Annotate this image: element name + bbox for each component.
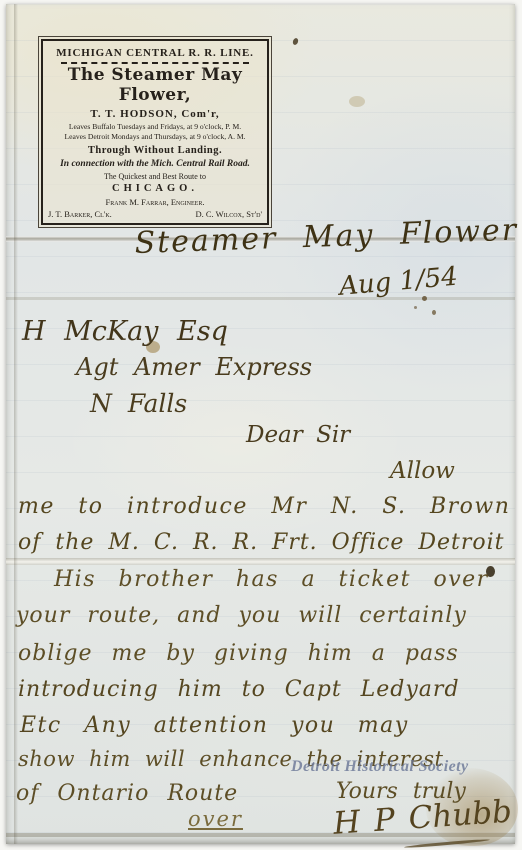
paper-stain bbox=[349, 96, 365, 107]
letterhead-officers-row: J. T. Barker, Cl'k. D. C. Wilcox, St'd' bbox=[46, 209, 264, 219]
ink-speck bbox=[422, 296, 427, 301]
letterhead-schedule-1: Leaves Buffalo Tuesdays and Fridays, at … bbox=[46, 122, 264, 132]
addressee-line: N Falls bbox=[90, 389, 187, 418]
letterhead-steward: D. C. Wilcox, St'd' bbox=[195, 209, 262, 219]
ink-speck bbox=[414, 306, 417, 309]
body-line: His brother has a ticket over bbox=[54, 567, 489, 592]
letterhead-schedule-2: Leaves Detroit Mondays and Thursdays, at… bbox=[46, 132, 264, 142]
letterhead-slogan: Through Without Landing. bbox=[46, 145, 264, 156]
signature-flourish bbox=[404, 838, 490, 848]
closing: Yours truly bbox=[336, 779, 466, 804]
letterhead-connection-note: In connection with the Mich. Central Rai… bbox=[46, 159, 264, 169]
addressee-line: Agt Amer Express bbox=[76, 353, 312, 381]
body-line: Etc Any attention you may bbox=[20, 713, 409, 738]
letterhead-commander: T. T. HODSON, Com'r, bbox=[46, 108, 264, 120]
scanned-letter: MICHIGAN CENTRAL R. R. LINE. The Steamer… bbox=[0, 0, 522, 850]
body-opening-word: Allow bbox=[390, 458, 455, 484]
paper-stain-large bbox=[426, 768, 518, 846]
fold-crease bbox=[6, 558, 515, 565]
letterhead-divider bbox=[61, 62, 248, 64]
letterhead-box: MICHIGAN CENTRAL R. R. LINE. The Steamer… bbox=[38, 36, 272, 228]
letterhead-company: MICHIGAN CENTRAL R. R. LINE. bbox=[46, 47, 264, 59]
body-line: me to introduce Mr N. S. Brown bbox=[18, 494, 510, 519]
body-line: of Ontario Route bbox=[16, 781, 238, 806]
salutation: Dear Sir bbox=[246, 422, 350, 448]
letterhead-vessel-name: The Steamer May Flower, bbox=[46, 65, 264, 105]
signature: H P Chubb bbox=[332, 794, 513, 842]
body-line: show him will enhance the interest bbox=[18, 747, 443, 771]
letterhead-inner: MICHIGAN CENTRAL R. R. LINE. The Steamer… bbox=[41, 39, 269, 225]
body-line: of the M. C. R. R. Frt. Office Detroit bbox=[18, 530, 505, 555]
body-line: oblige me by giving him a pass bbox=[18, 641, 459, 666]
letterhead-clerk: J. T. Barker, Cl'k. bbox=[48, 209, 112, 219]
letterhead-destination: CHICAGO. bbox=[46, 183, 264, 194]
body-line: introducing him to Capt Ledyard bbox=[18, 677, 460, 702]
page-turn-note: over bbox=[188, 807, 243, 831]
letterhead-route-note: The Quickest and Best Route to bbox=[46, 172, 264, 181]
fold-crease-vertical bbox=[14, 4, 18, 844]
handwritten-date-line: Aug 1/54 bbox=[338, 262, 459, 302]
letterhead-engineer: Frank M. Farrar, Engineer. bbox=[46, 197, 264, 207]
fold-crease bbox=[6, 833, 515, 837]
body-line: your route, and you will certainly bbox=[16, 603, 467, 628]
paper-stain bbox=[146, 341, 160, 353]
fold-crease bbox=[6, 236, 515, 242]
addressee-line: H McKay Esq bbox=[22, 316, 228, 347]
letter-paper: MICHIGAN CENTRAL R. R. LINE. The Steamer… bbox=[6, 4, 515, 844]
ink-blot bbox=[486, 566, 495, 577]
ink-speck bbox=[432, 310, 436, 315]
archive-watermark: Detroit Historical Society bbox=[291, 758, 469, 776]
ink-speck bbox=[292, 37, 299, 45]
fold-crease bbox=[6, 297, 515, 300]
